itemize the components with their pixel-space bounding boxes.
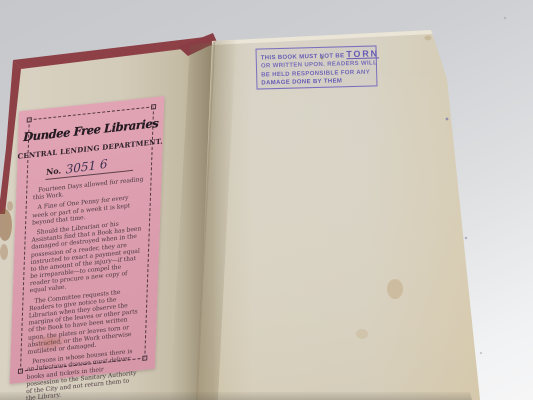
handwritten-number: 3051 6 (65, 157, 107, 177)
stamp-torn-emphasis: TORN (346, 49, 379, 58)
label-rules: Fourteen Days allowed for reading this W… (26, 176, 145, 400)
label-rule: Persons in whose houses there is an Infe… (26, 347, 139, 400)
number-prefix: No. (46, 165, 62, 177)
library-stamp: THIS BOOK MUST NOT BE TORN OR WRITTEN UP… (255, 45, 377, 89)
label-border: Dundee Free Libraries (20, 106, 154, 371)
photo-open-book: Dundee Free Libraries (0, 0, 533, 400)
accession-number-row: No. 3051 6 (46, 155, 133, 180)
library-label: Dundee Free Libraries (10, 96, 165, 384)
label-rule: Should the Librarian or his Assistants f… (30, 218, 144, 295)
label-content: Dundee Free Libraries (21, 107, 153, 370)
